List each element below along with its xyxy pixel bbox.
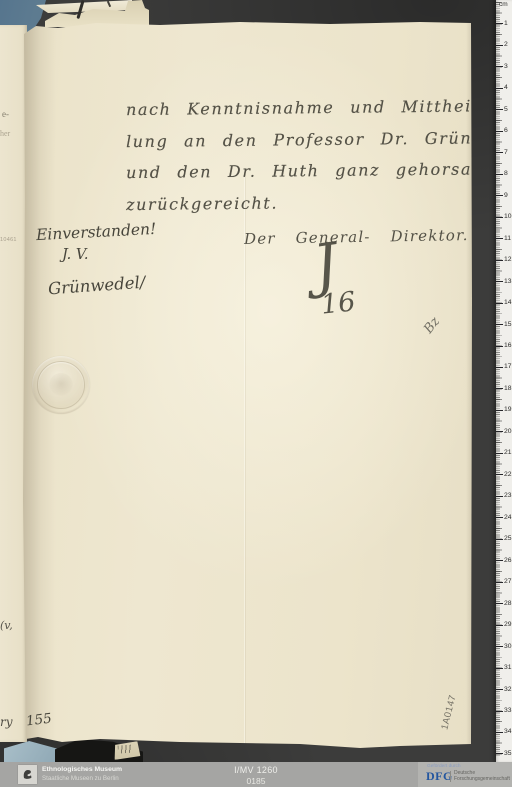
- ruler-tick: [496, 281, 503, 282]
- ruler-tick: [496, 109, 503, 110]
- ruler-tick: [496, 410, 503, 411]
- ruler-number: 1: [504, 20, 508, 27]
- dfg-logo-block: Gefördert durch DFG Deutsche Forschungsg…: [418, 762, 512, 787]
- approval-note-line-3: Grünwedel/: [47, 273, 145, 299]
- ruler-tick: [496, 539, 503, 540]
- script-fragment: (v,: [0, 619, 13, 632]
- ruler-number: 8: [504, 170, 508, 177]
- ruler-number: 29: [504, 621, 512, 628]
- ruler-tick: [496, 346, 503, 347]
- scan-viewport: e- her 10461 (v, ry nach Kenntnisnahme u…: [0, 0, 512, 787]
- ruler-number: 14: [504, 299, 512, 306]
- ruler-tick: [496, 152, 503, 153]
- approval-note-line-2: J. V.: [62, 247, 88, 263]
- ruler-number: 23: [504, 492, 512, 499]
- ruler-number: 16: [504, 342, 512, 349]
- ruler-number: 15: [504, 321, 512, 328]
- print-fragment: e-: [2, 109, 9, 119]
- ruler-tick: [496, 625, 503, 626]
- print-fragment: her: [0, 129, 10, 138]
- ruler-tick: [496, 474, 503, 475]
- ruler-number: 31: [504, 664, 512, 671]
- ruler-number: 10: [504, 213, 512, 220]
- measurement-ruler: cm 1 2 3: [496, 0, 512, 762]
- ruler-tick: [496, 66, 503, 67]
- manuscript-line: nach Kenntnisnahme und Mitthei-: [126, 90, 512, 126]
- ruler-number: 18: [504, 385, 512, 392]
- ruler-number: 28: [504, 600, 512, 607]
- manuscript-text: nach Kenntnisnahme und Mitthei-lung an d…: [126, 92, 512, 218]
- footer-bar: Ethnologisches Museum Staatliche Museen …: [0, 762, 512, 787]
- closing-line: Der General- Direktor.: [244, 226, 469, 248]
- script-fragment: ry: [0, 715, 13, 729]
- margin-note-diagonal: Bz: [421, 314, 443, 336]
- ruler-number: 19: [504, 406, 512, 413]
- blue-paper-bottom-left: [4, 741, 60, 762]
- signature-paraph: 16: [319, 286, 356, 320]
- ruler-tick: [496, 517, 503, 518]
- ruler-tick: [496, 388, 503, 389]
- ruler-tick: [496, 303, 503, 304]
- ruler-tick: [496, 174, 503, 175]
- ruler-tick: [496, 689, 503, 690]
- ruler-number: 21: [504, 449, 512, 456]
- ruler-tick: [496, 131, 503, 132]
- ruler-number: 4: [504, 84, 508, 91]
- ruler-number: 25: [504, 535, 512, 542]
- manuscript-line: und den Dr. Huth ganz gehorsamst: [126, 153, 512, 189]
- ruler-number: 6: [504, 127, 508, 134]
- ruler-number: 26: [504, 557, 512, 564]
- manuscript-line: zurückgereicht.: [126, 184, 512, 220]
- stamp-number: 10461: [0, 237, 17, 243]
- ruler-tick: [496, 582, 503, 583]
- ruler-number: 35: [504, 750, 512, 757]
- ruler-number: 27: [504, 578, 512, 585]
- ruler-number: 20: [504, 428, 512, 435]
- ruler-tick: [496, 453, 503, 454]
- ruler-number: 22: [504, 471, 512, 478]
- ruler-tick: [496, 711, 503, 712]
- ruler-tick: [496, 217, 503, 218]
- ruler-number: 7: [504, 149, 508, 156]
- manuscript-line: lung an den Professor Dr. Grünwedel: [126, 121, 512, 157]
- dfg-logo-text: DFG: [426, 769, 453, 784]
- funder-name-line-2: Forschungsgemeinschaft: [454, 776, 510, 782]
- ruler-number: 2: [504, 41, 508, 48]
- ruler-tick: [496, 324, 503, 325]
- ruler-tick: [496, 367, 503, 368]
- embossed-seal: [32, 356, 90, 414]
- page-crease: [244, 170, 246, 745]
- ruler-tick: [496, 88, 503, 89]
- margin-note-vertical: 1A0147: [439, 694, 458, 731]
- page-number: 155: [25, 710, 53, 729]
- adjacent-page-edge: e- her 10461 (v, ry: [0, 25, 27, 742]
- ruler-tick: [496, 45, 503, 46]
- dfg-divider: [450, 771, 451, 782]
- ruler-tick: [496, 195, 503, 196]
- ruler-number: 33: [504, 707, 512, 714]
- ruler-number: 32: [504, 686, 512, 693]
- ruler-number: 24: [504, 514, 512, 521]
- ruler-number: 34: [504, 728, 512, 735]
- ruler-tick: [496, 732, 503, 733]
- ruler-number: 17: [504, 363, 512, 370]
- ruler-number: 3: [504, 63, 508, 70]
- ruler-tick: [496, 668, 503, 669]
- ruler-tick: [496, 560, 503, 561]
- ruler-tick: [496, 23, 503, 24]
- ruler-half-ticks: [496, 2, 502, 756]
- ruler-number: 9: [504, 192, 508, 199]
- ruler-number: 13: [504, 278, 512, 285]
- ruler-tick: [496, 753, 503, 754]
- ruler-tick: [496, 238, 503, 239]
- ruler-tick: [496, 646, 503, 647]
- ruler-tick: [496, 603, 503, 604]
- ruler-number: 12: [504, 256, 512, 263]
- ruler-tick: [496, 260, 503, 261]
- ruler-tick: [496, 496, 503, 497]
- ruler-number: 5: [504, 106, 508, 113]
- ruler-number: 30: [504, 643, 512, 650]
- ruler-number: 11: [504, 235, 511, 242]
- ruler-tick: [496, 431, 503, 432]
- manuscript-page: nach Kenntnisnahme und Mitthei-lung an d…: [22, 20, 472, 748]
